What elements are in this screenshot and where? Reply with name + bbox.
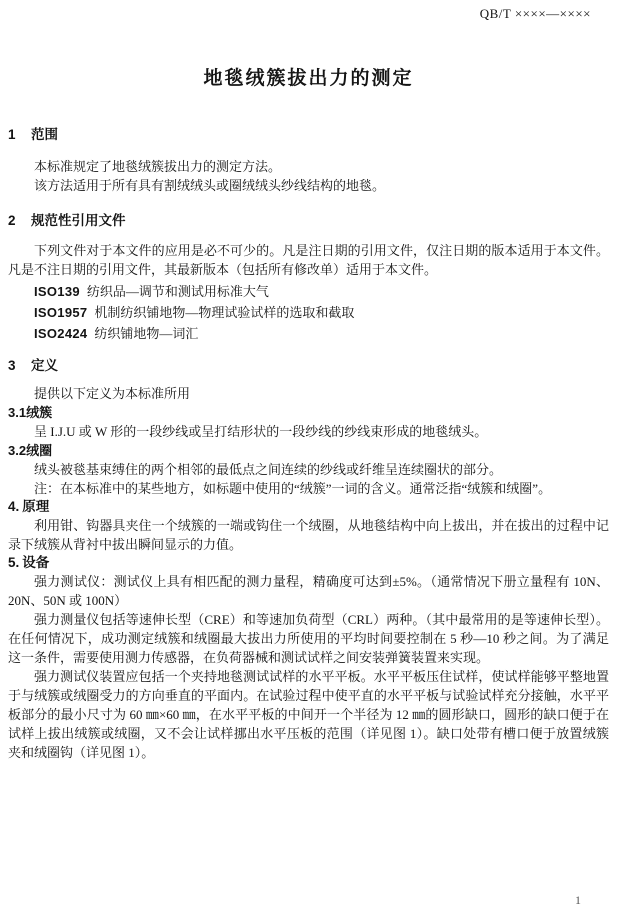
reference-title: 纺织铺地物—词汇: [94, 326, 198, 341]
document-title: 地毯绒簇拔出力的测定: [8, 66, 609, 92]
section-3-title: 定义: [31, 358, 58, 373]
section-3-1-heading: 3.1绒簇: [8, 403, 609, 422]
paragraph-principle: 利用钳、钩器具夹住一个绒簇的一端或钩住一个绒圈，从地毯结构中向上拔出，并在拔出的…: [8, 516, 609, 554]
paragraph-loop-definition: 绒头被毯基束缚住的两个相邻的最低点之间连续的纱线或纤维呈连续圈状的部分。: [8, 460, 609, 479]
page-number: 1: [575, 893, 581, 908]
reference-title: 纺织品—调节和测试用标准大气: [87, 284, 269, 299]
section-5-title: 设备: [22, 555, 49, 570]
paragraph-scope-2: 该方法适用于所有具有割绒绒头或圈绒绒头纱线结构的地毯。: [8, 176, 609, 195]
section-4-heading: 4.原理: [8, 498, 609, 516]
paragraph-scope-1: 本标准规定了地毯绒簇拔出力的测定方法。: [8, 157, 609, 176]
section-1-title: 范围: [31, 127, 58, 142]
section-2-number: 2: [8, 212, 18, 230]
section-2-heading: 2规范性引用文件: [8, 212, 609, 230]
section-3-2-number: 3.2: [8, 443, 26, 458]
section-3-number: 3: [8, 357, 18, 375]
reference-code: ISO1957: [34, 305, 87, 320]
section-5-heading: 5.设备: [8, 554, 609, 572]
paragraph-apparatus-2: 强力测量仪包括等速伸长型（CRE）和等速加负荷型（CRL）两种。（其中最常用的是…: [8, 610, 609, 667]
reference-title: 机制纺织铺地物—物理试验试样的选取和截取: [94, 305, 354, 320]
standard-number: QB/T ××××—××××: [480, 6, 591, 21]
reference-code: ISO2424: [34, 326, 87, 341]
section-3-2-title: 绒圈: [26, 443, 52, 458]
reference-item: ISO2424纺织铺地物—词汇: [34, 323, 609, 344]
section-3-2-heading: 3.2绒圈: [8, 441, 609, 460]
section-3-1-number: 3.1: [8, 405, 26, 420]
section-4-title: 原理: [22, 499, 49, 514]
section-3-1-title: 绒簇: [26, 405, 52, 420]
section-4-number: 4.: [8, 498, 19, 516]
reference-list: ISO139纺织品—调节和测试用标准大气 ISO1957机制纺织铺地物—物理试验…: [8, 281, 609, 344]
reference-item: ISO1957机制纺织铺地物—物理试验试样的选取和截取: [34, 302, 609, 323]
paragraph-definitions-intro: 提供以下定义为本标准所用: [8, 384, 609, 403]
paragraph-apparatus-1: 强力测试仪：测试仪上具有相匹配的测力量程，精确度可达到±5%。（通常情况下册立量…: [8, 572, 609, 610]
page-header: QB/T ××××—××××: [8, 6, 609, 22]
document-page: QB/T ××××—×××× 地毯绒簇拔出力的测定 1范围 本标准规定了地毯绒簇…: [0, 0, 617, 916]
paragraph-tuft-definition: 呈 I.J.U 或 W 形的一段纱线或呈打结形状的一段纱线的纱线束形成的地毯绒头…: [8, 422, 609, 441]
section-1-number: 1: [8, 126, 18, 144]
section-2-title: 规范性引用文件: [31, 213, 126, 228]
reference-item: ISO139纺织品—调节和测试用标准大气: [34, 281, 609, 302]
paragraph-note: 注：在本标准中的某些地方，如标题中使用的“绒簇”一词的含义。通常泛指“绒簇和绒圈…: [8, 479, 609, 498]
paragraph-normative-intro: 下列文件对于本文件的应用是必不可少的。凡是注日期的引用文件，仅注日期的版本适用于…: [8, 241, 609, 279]
section-5-number: 5.: [8, 554, 19, 572]
section-1-heading: 1范围: [8, 126, 609, 144]
section-3-heading: 3定义: [8, 357, 609, 375]
reference-code: ISO139: [34, 284, 80, 299]
paragraph-apparatus-3: 强力测试仪装置应包括一个夹持地毯测试试样的水平平板。水平平板压住试样，使试样能够…: [8, 667, 609, 762]
